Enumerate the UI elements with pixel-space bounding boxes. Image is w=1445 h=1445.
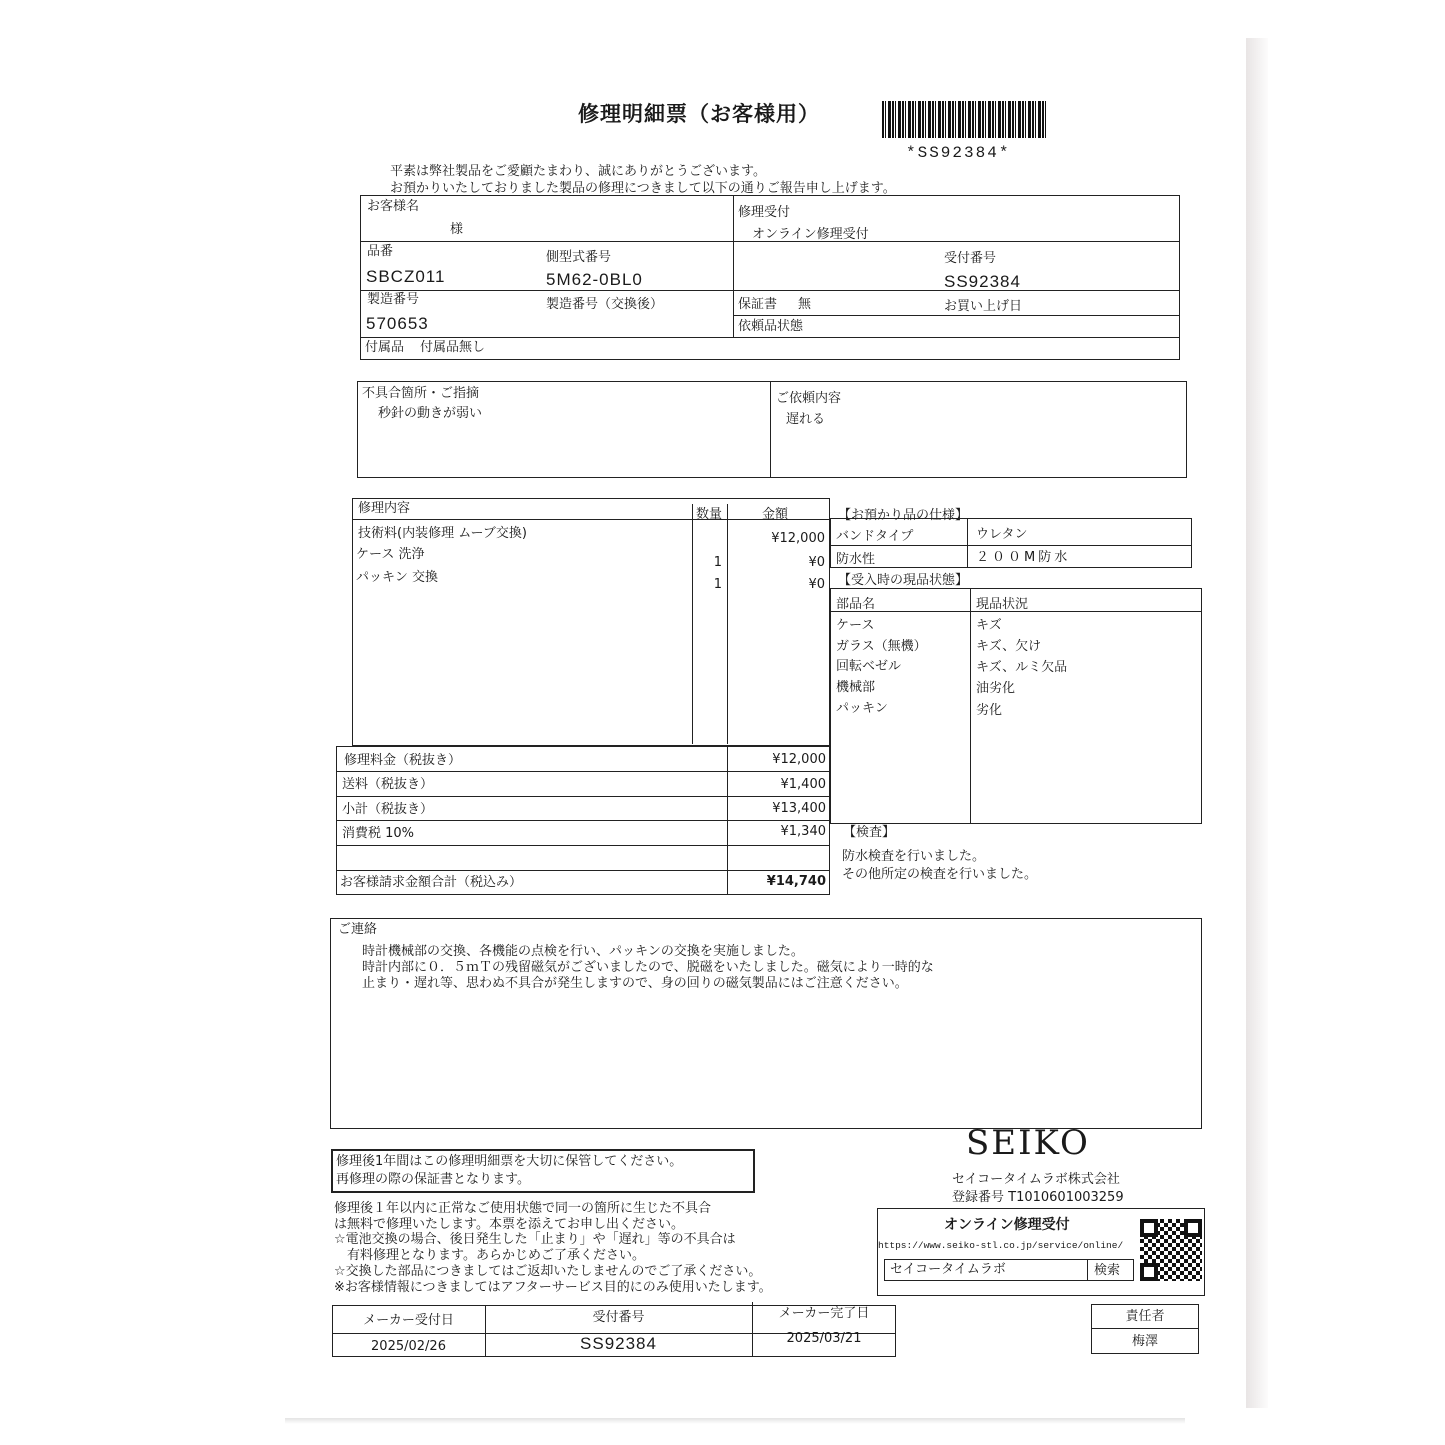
barcode-icon: [882, 101, 1046, 138]
registration-number: 登録番号 T1010601003259: [952, 1191, 1124, 1204]
responsible-value: 梅澤: [1091, 1335, 1199, 1348]
status-header: 現品状況: [976, 598, 1028, 611]
customer-name-label: お客様名: [367, 200, 419, 213]
product-number-value: SBCZ011: [366, 268, 445, 285]
intro-line-1: 平素は弊社製品をご愛顧たまわり、誠にありがとうございます。: [390, 165, 766, 178]
accessories-label: 付属品: [365, 341, 404, 354]
reception-number-label: 受付番号: [944, 252, 996, 265]
reception-number-footer-value: SS92384: [485, 1335, 752, 1352]
document-title: 修理明細票（お客様用）: [578, 104, 820, 125]
repair-content-header: 修理内容: [358, 502, 410, 515]
qty-header: 数量: [696, 508, 722, 521]
request-value: 遅れる: [786, 413, 825, 426]
online-url-link[interactable]: https://www.seiko-stl.co.jp/service/onli…: [878, 1241, 1123, 1251]
item-condition-label: 依頼品状態: [738, 320, 803, 333]
accessories-value: 付属品無し: [420, 341, 485, 354]
case-model-label: 側型式番号: [546, 251, 611, 264]
responsible-label: 責任者: [1091, 1310, 1199, 1323]
notes-line-3: 止まり・遅れ等、思わぬ不具合が発生しますので、身の回りの磁気製品にはご注意くださ…: [362, 977, 908, 990]
reception-number-header: 受付番号: [485, 1311, 752, 1324]
request-label: ご依頼内容: [776, 392, 841, 405]
maker-completed-date-value: 2025/03/21: [752, 1332, 896, 1345]
notes-line-2: 時計内部に０．５ｍＴの残留磁気がございましたので、脱磁をいたしました。磁気により…: [362, 961, 934, 974]
search-button[interactable]: 検索: [1094, 1264, 1120, 1277]
repair-reception-label: 修理受付: [738, 206, 790, 219]
part-header: 部品名: [836, 598, 875, 611]
purchase-date-label: お買い上げ日: [944, 300, 1022, 313]
amount-header: 金額: [762, 508, 788, 521]
search-input-value[interactable]: セイコータイムラボ: [890, 1263, 1006, 1276]
inspection-line-1: 防水検査を行いました。: [842, 850, 985, 863]
inspection-heading: 【検査】: [843, 826, 895, 839]
seiko-logo: SEIKO: [966, 1126, 1090, 1160]
reception-number-value: SS92384: [944, 273, 1021, 290]
customer-name-suffix: 様: [450, 223, 463, 236]
warranty-label: 保証書: [738, 298, 777, 311]
repair-statement-page: 修理明細票（お客様用） *SS92384* 平素は弊社製品をご愛顧たまわり、誠に…: [0, 0, 1445, 1445]
warranty-value: 無: [798, 298, 811, 311]
inspection-line-2: その他所定の検査を行いました。: [842, 868, 1037, 881]
band-type-value: ウレタン: [976, 528, 1027, 541]
serial-value: 570653: [366, 315, 429, 332]
maker-completed-date-label: メーカー完了日: [752, 1307, 896, 1320]
case-model-value: 5M62-0BL0: [546, 271, 643, 288]
maker-received-date-value: 2025/02/26: [332, 1340, 485, 1353]
repair-reception-value: オンライン修理受付: [752, 228, 869, 241]
company-name: セイコータイムラボ株式会社: [952, 1173, 1120, 1186]
notes-heading: ご連絡: [338, 923, 377, 936]
qr-code-icon[interactable]: [1140, 1219, 1202, 1281]
intro-line-2: お預かりいたしておりました製品の修理につきまして以下の通りご報告申し上げます。: [390, 182, 896, 195]
band-type-label: バンドタイプ: [836, 530, 913, 543]
maker-received-date-label: メーカー受付日: [332, 1314, 485, 1327]
defect-value: 秒針の動きが弱い: [378, 407, 482, 420]
condition-heading: 【受入時の現品状態】: [838, 574, 968, 587]
online-heading: オンライン修理受付: [944, 1218, 1070, 1232]
product-number-label: 品番: [367, 245, 393, 258]
barcode-text: *SS92384*: [906, 145, 1010, 161]
serial-label: 製造番号: [367, 293, 419, 306]
page-edge-shadow: [1246, 38, 1268, 1408]
water-resistance-value: ２００M防水: [976, 551, 1070, 564]
page-bottom-shadow: [285, 1418, 1185, 1424]
notes-line-1: 時計機械部の交換、各機能の点検を行い、パッキンの交換を実施しました。: [362, 945, 804, 958]
defect-label: 不具合箇所・ご指摘: [362, 387, 479, 400]
water-resistance-label: 防水性: [836, 553, 875, 566]
serial-after-label: 製造番号（交換後）: [546, 298, 663, 311]
